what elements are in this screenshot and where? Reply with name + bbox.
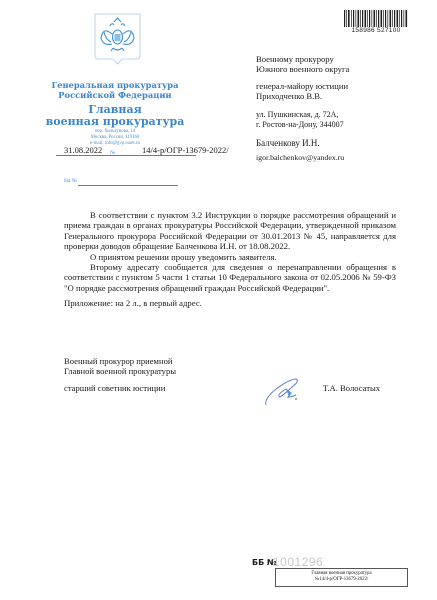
signer-rank: старший советник юстиции <box>64 384 165 394</box>
recipient-2-email: igor.balchenkov@yandex.ru <box>256 153 344 163</box>
number-label: № <box>110 150 115 156</box>
barcode-number: 158986 527100 <box>343 27 409 34</box>
russian-coat-of-arms-icon <box>93 12 142 66</box>
paragraph-3: Второму адресату сообщается для сведения… <box>64 262 396 293</box>
date-number-line <box>56 155 196 156</box>
org-name: Генеральная прокуратура Российской Федер… <box>40 80 190 100</box>
reply-to-line <box>78 185 178 186</box>
letter-body: В соответствии с пунктом 3.2 Инструкции … <box>64 210 396 309</box>
registration-number: 14/4-р/ОГР-13679-2022/ <box>142 145 229 155</box>
attachment-note: Приложение: на 2 л., в первый адрес. <box>64 298 396 308</box>
series-number: 1001296 <box>273 555 323 569</box>
registration-stamp: Главная военная прокуратура №14/4-р/ОГР-… <box>275 568 408 587</box>
signer-title: Военный прокурор приемной Главной военно… <box>64 357 176 376</box>
document-date: 31.08.2022 <box>64 145 102 155</box>
recipient-2: Балченкову И.Н. <box>256 139 320 149</box>
signer-name: Т.А. Волосатых <box>323 384 380 394</box>
reply-to-label: На № <box>64 178 77 184</box>
recipient-1: Военному прокурору Южного военного округ… <box>256 55 349 74</box>
paragraph-2: О принятом решении прошу уведомить заяви… <box>64 252 396 262</box>
handwritten-signature-icon <box>262 375 312 409</box>
paragraph-1: В соответствии с пунктом 3.2 Инструкции … <box>64 210 396 252</box>
recipient-1-address: ул. Пушкинская, д. 72А, г. Ростов-на-Дон… <box>256 110 344 129</box>
recipient-1-rank: генерал-майору юстиции Приходченко В.В. <box>256 82 348 101</box>
dept-name: Главная военная прокуратура <box>40 104 190 128</box>
